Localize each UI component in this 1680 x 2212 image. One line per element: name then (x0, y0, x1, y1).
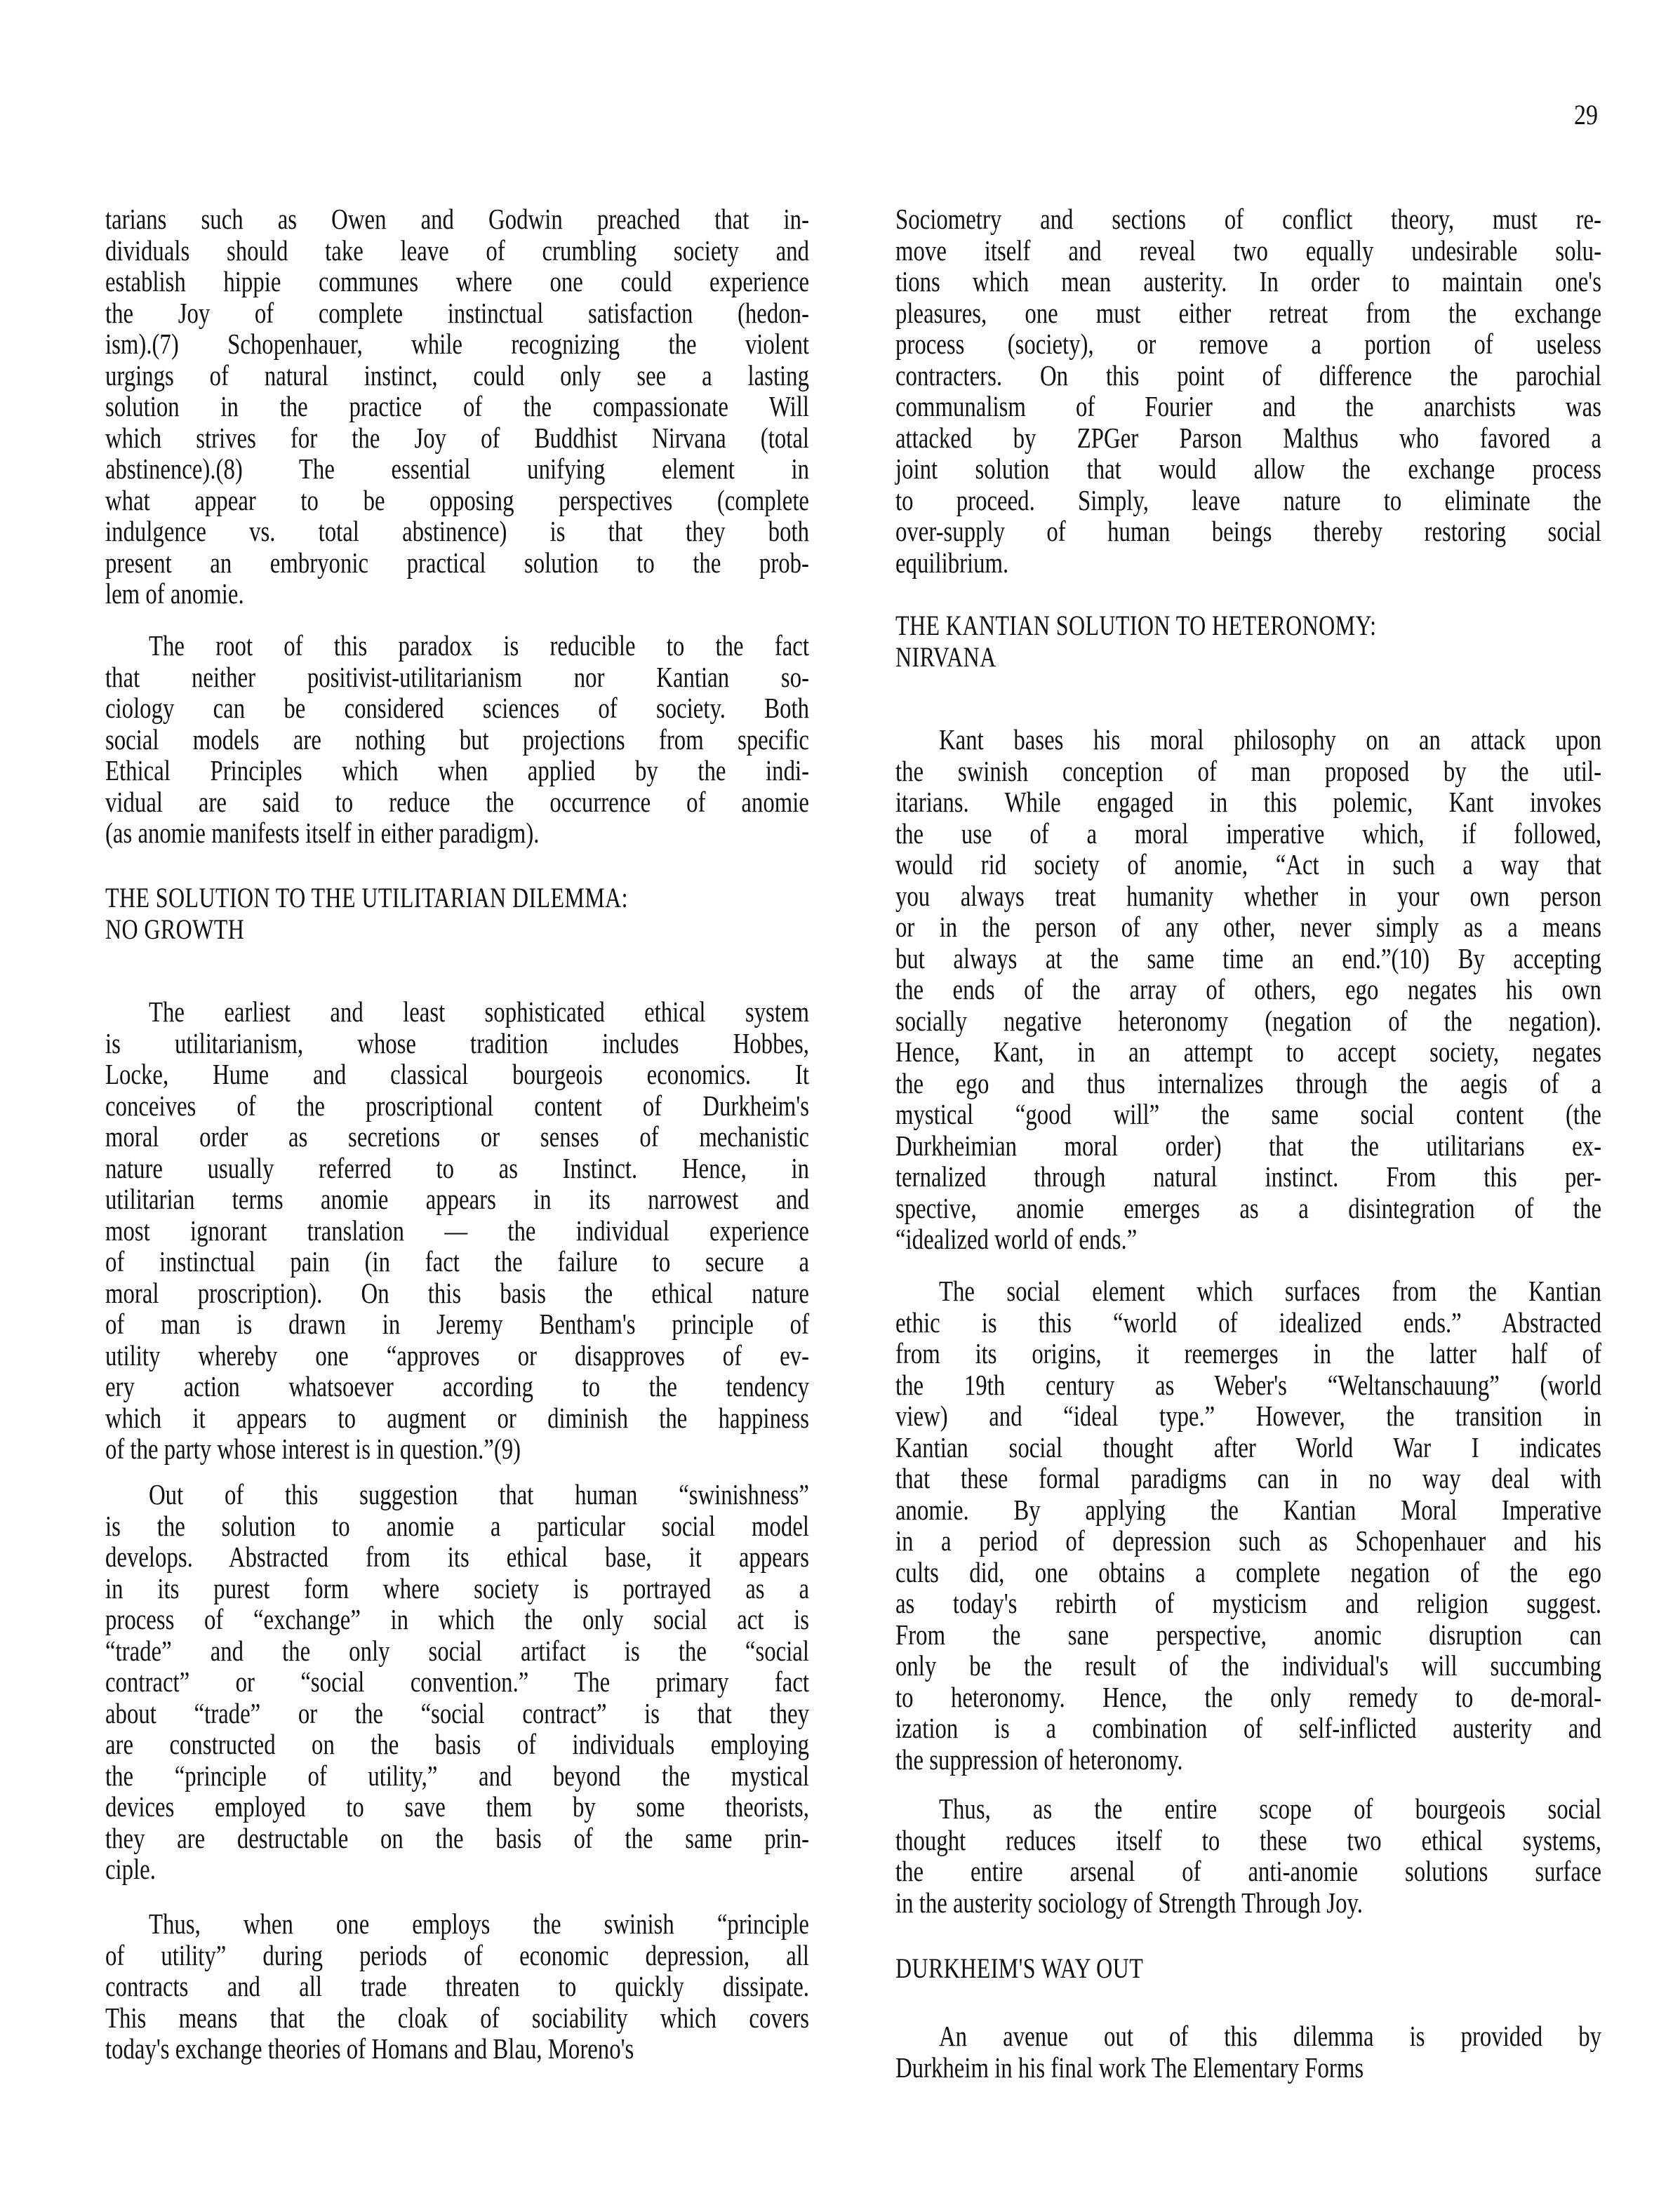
line-text: the suppression of heteronomy. (895, 1744, 1183, 1775)
text-line: Out of this suggestion that human “swini… (149, 1479, 809, 1510)
text-line: as today's rebirth of mysticism and reli… (895, 1588, 1601, 1618)
text-line: process of “exchange” in which the only … (105, 1604, 809, 1635)
text-line: Hence, Kant, in an attempt to accept soc… (895, 1036, 1601, 1067)
text-line: in the austerity sociology of Strength T… (895, 1887, 1601, 1918)
text-line: of utility” during periods of economic d… (105, 1940, 809, 1971)
line-text: The social element which surfaces from t… (939, 1275, 1601, 1306)
line-text: over-supply of human beings thereby rest… (895, 516, 1601, 547)
line-text: socially negative heteronomy (negation o… (895, 1005, 1601, 1036)
text-line: move itself and reveal two equally undes… (895, 235, 1601, 266)
text-line: the Joy of complete instinctual satisfac… (105, 297, 809, 328)
line-text: Thus, as the entire scope of bourgeois s… (939, 1793, 1601, 1824)
text-line: present an embryonic practical solution … (105, 547, 809, 578)
text-line: but always at the same time an end.”(10)… (895, 943, 1601, 974)
text-line: contracters. On this point of difference… (895, 360, 1601, 391)
text-line: anomie. By applying the Kantian Moral Im… (895, 1494, 1601, 1525)
text-line: devices employed to save them by some th… (105, 1791, 809, 1822)
text-line: ism).(7) Schopenhauer, while recognizing… (105, 328, 809, 359)
line-text: the Joy of complete instinctual satisfac… (105, 297, 809, 328)
text-line: pleasures, one must either retreat from … (895, 297, 1601, 328)
text-line: Ethical Principles which when applied by… (105, 755, 809, 786)
line-text: DURKHEIM'S WAY OUT (895, 1953, 1143, 1984)
text-line: of man is drawn in Jeremy Bentham's prin… (105, 1308, 809, 1339)
text-line: This means that the cloak of sociability… (105, 2002, 809, 2033)
text-line: conceives of the proscriptional content … (105, 1090, 809, 1121)
text-line: thought reduces itself to these two ethi… (895, 1825, 1601, 1856)
text-line: (as anomie manifests itself in either pa… (105, 817, 809, 848)
text-line: process (society), or remove a portion o… (895, 328, 1601, 359)
line-text: the ego and thus internalizes through th… (895, 1068, 1601, 1099)
text-line: ciple. (105, 1854, 809, 1884)
line-text: is the solution to anomie a particular s… (105, 1510, 809, 1541)
line-text: lem of anomie. (105, 578, 244, 609)
line-text: NO GROWTH (105, 914, 244, 945)
text-line: itarians. While engaged in this polemic,… (895, 786, 1601, 817)
text-line: contract” or “social convention.” The pr… (105, 1666, 809, 1697)
line-text: moral order as secretions or senses of m… (105, 1121, 809, 1152)
line-text: An avenue out of this dilemma is provide… (939, 2020, 1601, 2051)
line-text: Durkheimian moral order) that the utilit… (895, 1130, 1601, 1161)
text-line: the suppression of heteronomy. (895, 1744, 1601, 1775)
text-line: they are destructable on the basis of th… (105, 1823, 809, 1854)
text-line: which it appears to augment or diminish … (105, 1402, 809, 1433)
line-text: ciple. (105, 1854, 156, 1884)
line-text: in the austerity sociology of Strength T… (895, 1887, 1363, 1918)
line-text: Thus, when one employs the swinish “prin… (149, 1908, 809, 1939)
text-line: the 19th century as Weber's “Weltanschau… (895, 1369, 1601, 1400)
line-text: anomie. By applying the Kantian Moral Im… (895, 1494, 1601, 1525)
line-text: ciology can be considered sciences of so… (105, 692, 809, 723)
text-line: that these formal paradigms can in no wa… (895, 1463, 1601, 1494)
line-text: attacked by ZPGer Parson Malthus who fav… (895, 422, 1601, 453)
text-line: the swinish conception of man proposed b… (895, 756, 1601, 786)
page-number: 29 (1574, 98, 1598, 131)
line-text: cults did, one obtains a complete negati… (895, 1557, 1601, 1588)
line-text: moral proscription). On this basis the e… (105, 1278, 809, 1308)
text-line: that neither positivist-utilitarianism n… (105, 662, 809, 692)
line-text: are constructed on the basis of individu… (105, 1729, 809, 1759)
text-line: indulgence vs. total abstinence) is that… (105, 516, 809, 547)
line-text: From the sane perspective, anomic disrup… (895, 1619, 1601, 1650)
line-text: Locke, Hume and classical bourgeois econ… (105, 1059, 809, 1090)
line-text: contracters. On this point of difference… (895, 360, 1601, 391)
text-line: The earliest and least sophisticated eth… (149, 996, 809, 1027)
text-line: or in the person of any other, never sim… (895, 911, 1601, 942)
line-text: social models are nothing but projection… (105, 724, 809, 755)
text-line: of the party whose interest is in questi… (105, 1433, 809, 1464)
text-line: ization is a combination of self-inflict… (895, 1712, 1601, 1743)
text-line: in its purest form where society is port… (105, 1573, 809, 1604)
text-line: contracts and all trade threaten to quic… (105, 1971, 809, 2002)
line-text: ternalized through natural instinct. Fro… (895, 1161, 1601, 1192)
text-line: Durkheim in his final work The Elementar… (895, 2052, 1601, 2083)
text-line: moral order as secretions or senses of m… (105, 1121, 809, 1152)
text-line: “trade” and the only social artifact is … (105, 1635, 809, 1666)
text-line: tarians such as Owen and Godwin preached… (105, 203, 809, 234)
text-line: communalism of Fourier and the anarchist… (895, 391, 1601, 422)
text-line: Thus, when one employs the swinish “prin… (149, 1908, 809, 1939)
text-line: cults did, one obtains a complete negati… (895, 1557, 1601, 1588)
line-text: ization is a combination of self-inflict… (895, 1712, 1601, 1743)
line-text: Kant bases his moral philosophy on an at… (939, 724, 1601, 755)
line-text: of man is drawn in Jeremy Bentham's prin… (105, 1308, 809, 1339)
text-line: Kant bases his moral philosophy on an at… (939, 724, 1601, 755)
line-text: utilitarian terms anomie appears in its … (105, 1184, 809, 1214)
text-line: ethic is this “world of idealized ends.”… (895, 1307, 1601, 1338)
text-line: the ends of the array of others, ego neg… (895, 974, 1601, 1005)
line-text: as today's rebirth of mysticism and reli… (895, 1588, 1601, 1618)
line-text: communalism of Fourier and the anarchist… (895, 391, 1601, 422)
line-text: thought reduces itself to these two ethi… (895, 1825, 1601, 1856)
text-line: socially negative heteronomy (negation o… (895, 1005, 1601, 1036)
line-text: (as anomie manifests itself in either pa… (105, 817, 539, 848)
heading-line: NIRVANA (895, 642, 1601, 673)
line-text: in its purest form where society is port… (105, 1573, 809, 1604)
line-text: joint solution that would allow the exch… (895, 453, 1601, 484)
text-line: From the sane perspective, anomic disrup… (895, 1619, 1601, 1650)
line-text: which it appears to augment or diminish … (105, 1402, 809, 1433)
line-text: about “trade” or the “social contract” i… (105, 1698, 809, 1729)
line-text: that neither positivist-utilitarianism n… (105, 662, 809, 692)
line-text: The earliest and least sophisticated eth… (149, 996, 809, 1027)
line-text: only be the result of the individual's w… (895, 1650, 1601, 1681)
text-line: over-supply of human beings thereby rest… (895, 516, 1601, 547)
line-text: contracts and all trade threaten to quic… (105, 1971, 809, 2002)
text-line: abstinence).(8) The essential unifying e… (105, 453, 809, 484)
line-text: Out of this suggestion that human “swini… (149, 1479, 809, 1510)
text-line: is the solution to anomie a particular s… (105, 1510, 809, 1541)
line-text: “trade” and the only social artifact is … (105, 1635, 809, 1666)
page-number-text: 29 (1574, 99, 1598, 130)
text-line: the entire arsenal of anti-anomie soluti… (895, 1856, 1601, 1886)
line-text: indulgence vs. total abstinence) is that… (105, 516, 809, 547)
text-line: establish hippie communes where one coul… (105, 266, 809, 297)
line-text: establish hippie communes where one coul… (105, 266, 809, 297)
line-text: of utility” during periods of economic d… (105, 1940, 809, 1971)
line-text: NIRVANA (895, 642, 996, 673)
text-line: you always treat humanity whether in you… (895, 880, 1601, 911)
line-text: view) and “ideal type.” However, the tra… (895, 1400, 1601, 1431)
line-text: Durkheim in his final work The Elementar… (895, 2052, 1364, 2083)
text-line: spective, anomie emerges as a disintegra… (895, 1193, 1601, 1224)
text-line: Kantian social thought after World War I… (895, 1432, 1601, 1463)
text-line: today's exchange theories of Homans and … (105, 2033, 809, 2064)
line-text: the ends of the array of others, ego neg… (895, 974, 1601, 1005)
heading-line: NO GROWTH (105, 914, 809, 945)
text-line: tions which mean austerity. In order to … (895, 266, 1601, 297)
text-line: utilitarian terms anomie appears in its … (105, 1184, 809, 1214)
line-text: or in the person of any other, never sim… (895, 911, 1601, 942)
line-text: THE KANTIAN SOLUTION TO HETERONOMY: (895, 610, 1376, 641)
line-text: which strives for the Joy of Buddhist Ni… (105, 422, 809, 453)
text-line: The root of this paradox is reducible to… (149, 630, 809, 661)
line-text: urgings of natural instinct, could only … (105, 360, 809, 391)
line-text: ism).(7) Schopenhauer, while recognizing… (105, 328, 809, 359)
line-text: Kantian social thought after World War I… (895, 1432, 1601, 1463)
line-text: develops. Abstracted from its ethical ba… (105, 1541, 809, 1572)
line-text: move itself and reveal two equally undes… (895, 235, 1601, 266)
line-text: to heteronomy. Hence, the only remedy to… (895, 1682, 1601, 1712)
text-line: urgings of natural instinct, could only … (105, 360, 809, 391)
line-text: that these formal paradigms can in no wa… (895, 1463, 1601, 1494)
line-text: is utilitarianism, whose tradition inclu… (105, 1028, 809, 1059)
text-line: Thus, as the entire scope of bourgeois s… (939, 1793, 1601, 1824)
line-text: the swinish conception of man proposed b… (895, 756, 1601, 786)
line-text: abstinence).(8) The essential unifying e… (105, 453, 809, 484)
text-line: social models are nothing but projection… (105, 724, 809, 755)
line-text: Ethical Principles which when applied by… (105, 755, 809, 786)
line-text: devices employed to save them by some th… (105, 1791, 809, 1822)
heading-line: DURKHEIM'S WAY OUT (895, 1953, 1601, 1984)
line-text: from its origins, it reemerges in the la… (895, 1338, 1601, 1369)
text-line: solution in the practice of the compassi… (105, 391, 809, 422)
line-text: vidual are said to reduce the occurrence… (105, 786, 809, 817)
text-line: Locke, Hume and classical bourgeois econ… (105, 1059, 809, 1090)
line-text: the “principle of utility,” and beyond t… (105, 1760, 809, 1791)
line-text: what appear to be opposing perspectives … (105, 485, 809, 516)
text-line: to proceed. Simply, leave nature to elim… (895, 485, 1601, 516)
text-line: ternalized through natural instinct. Fro… (895, 1161, 1601, 1192)
text-line: is utilitarianism, whose tradition inclu… (105, 1028, 809, 1059)
line-text: tions which mean austerity. In order to … (895, 266, 1601, 297)
text-line: moral proscription). On this basis the e… (105, 1278, 809, 1308)
line-text: “idealized world of ends.” (895, 1224, 1137, 1254)
text-line: lem of anomie. (105, 578, 809, 609)
line-text: itarians. While engaged in this polemic,… (895, 786, 1601, 817)
text-line: “idealized world of ends.” (895, 1224, 1601, 1254)
text-line: the use of a moral imperative which, if … (895, 818, 1601, 849)
text-line: ciology can be considered sciences of so… (105, 692, 809, 723)
line-text: solution in the practice of the compassi… (105, 391, 809, 422)
line-text: Hence, Kant, in an attempt to accept soc… (895, 1036, 1601, 1067)
text-line: dividuals should take leave of crumbling… (105, 235, 809, 266)
text-line: are constructed on the basis of individu… (105, 1729, 809, 1759)
text-line: joint solution that would allow the exch… (895, 453, 1601, 484)
text-line: ery action whatsoever according to the t… (105, 1371, 809, 1402)
line-text: dividuals should take leave of crumbling… (105, 235, 809, 266)
text-line: most ignorant translation — the individu… (105, 1215, 809, 1246)
line-text: nature usually referred to as Instinct. … (105, 1153, 809, 1184)
line-text: would rid society of anomie, “Act in suc… (895, 849, 1601, 880)
line-text: the 19th century as Weber's “Weltanschau… (895, 1369, 1601, 1400)
line-text: today's exchange theories of Homans and … (105, 2033, 634, 2064)
text-line: The social element which surfaces from t… (939, 1275, 1601, 1306)
text-line: An avenue out of this dilemma is provide… (939, 2020, 1601, 2051)
line-text: to proceed. Simply, leave nature to elim… (895, 485, 1601, 516)
text-line: mystical “good will” the same social con… (895, 1099, 1601, 1130)
text-line: equilibrium. (895, 547, 1601, 578)
line-text: The root of this paradox is reducible to… (149, 630, 809, 661)
text-line: which strives for the Joy of Buddhist Ni… (105, 422, 809, 453)
text-line: in a period of depression such as Schope… (895, 1525, 1601, 1556)
text-line: of instinctual pain (in fact the failure… (105, 1246, 809, 1277)
line-text: tarians such as Owen and Godwin preached… (105, 203, 809, 234)
line-text: you always treat humanity whether in you… (895, 880, 1601, 911)
line-text: but always at the same time an end.”(10)… (895, 943, 1601, 974)
heading-line: THE KANTIAN SOLUTION TO HETERONOMY: (895, 610, 1601, 641)
line-text: most ignorant translation — the individu… (105, 1215, 809, 1246)
line-text: present an embryonic practical solution … (105, 547, 809, 578)
text-line: the ego and thus internalizes through th… (895, 1068, 1601, 1099)
line-text: the entire arsenal of anti-anomie soluti… (895, 1856, 1601, 1886)
line-text: of instinctual pain (in fact the failure… (105, 1246, 809, 1277)
text-line: would rid society of anomie, “Act in suc… (895, 849, 1601, 880)
line-text: THE SOLUTION TO THE UTILITARIAN DILEMMA: (105, 883, 628, 913)
text-line: about “trade” or the “social contract” i… (105, 1698, 809, 1729)
line-text: equilibrium. (895, 547, 1008, 578)
line-text: mystical “good will” the same social con… (895, 1099, 1601, 1130)
text-line: view) and “ideal type.” However, the tra… (895, 1400, 1601, 1431)
line-text: Sociometry and sections of conflict theo… (895, 203, 1601, 234)
line-text: process of “exchange” in which the only … (105, 1604, 809, 1635)
text-line: nature usually referred to as Instinct. … (105, 1153, 809, 1184)
line-text: contract” or “social convention.” The pr… (105, 1666, 809, 1697)
line-text: in a period of depression such as Schope… (895, 1525, 1601, 1556)
text-line: only be the result of the individual's w… (895, 1650, 1601, 1681)
line-text: process (society), or remove a portion o… (895, 328, 1601, 359)
line-text: conceives of the proscriptional content … (105, 1090, 809, 1121)
text-line: attacked by ZPGer Parson Malthus who fav… (895, 422, 1601, 453)
text-line: vidual are said to reduce the occurrence… (105, 786, 809, 817)
line-text: ethic is this “world of idealized ends.”… (895, 1307, 1601, 1338)
text-line: the “principle of utility,” and beyond t… (105, 1760, 809, 1791)
text-line: what appear to be opposing perspectives … (105, 485, 809, 516)
line-text: of the party whose interest is in questi… (105, 1433, 521, 1464)
text-line: from its origins, it reemerges in the la… (895, 1338, 1601, 1369)
text-line: Sociometry and sections of conflict theo… (895, 203, 1601, 234)
line-text: they are destructable on the basis of th… (105, 1823, 809, 1854)
line-text: ery action whatsoever according to the t… (105, 1371, 809, 1402)
text-line: Durkheimian moral order) that the utilit… (895, 1130, 1601, 1161)
line-text: the use of a moral imperative which, if … (895, 818, 1601, 849)
text-line: to heteronomy. Hence, the only remedy to… (895, 1682, 1601, 1712)
heading-line: THE SOLUTION TO THE UTILITARIAN DILEMMA: (105, 883, 809, 913)
line-text: pleasures, one must either retreat from … (895, 297, 1601, 328)
text-line: develops. Abstracted from its ethical ba… (105, 1541, 809, 1572)
text-line: utility whereby one “approves or disappr… (105, 1340, 809, 1371)
line-text: spective, anomie emerges as a disintegra… (895, 1193, 1601, 1224)
line-text: This means that the cloak of sociability… (105, 2002, 809, 2033)
line-text: utility whereby one “approves or disappr… (105, 1340, 809, 1371)
